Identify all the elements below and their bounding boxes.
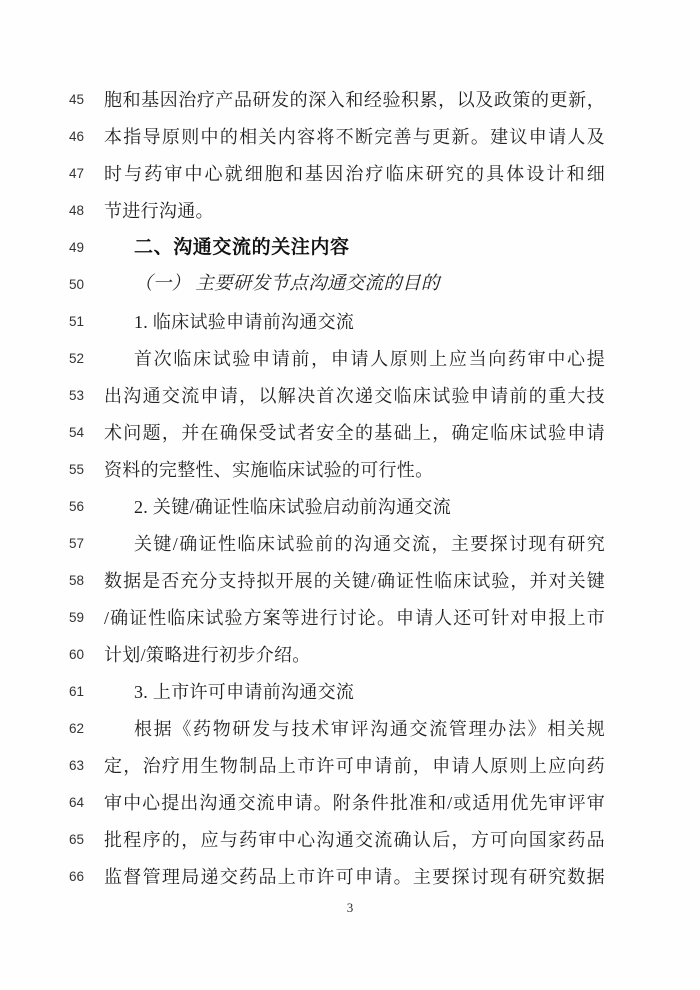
document-line: 59 /确证性临床试验方案等进行讨论。申请人还可针对申报上市 xyxy=(0,599,700,636)
document-line: 45 胞和基因治疗产品研发的深入和经验积累，以及政策的更新， xyxy=(0,81,700,118)
section-heading: 49 二、沟通交流的关注内容 xyxy=(0,229,700,266)
line-number: 51 xyxy=(69,314,95,329)
line-text: 计划/策略进行初步介绍。 xyxy=(104,646,605,664)
document-line: 53 出沟通交流申请，以解决首次递交临床试验申请前的重大技 xyxy=(0,377,700,414)
line-number: 58 xyxy=(69,573,95,588)
document-line: 60 计划/策略进行初步介绍。 xyxy=(0,636,700,673)
item-heading: 61 3. 上市许可申请前沟通交流 xyxy=(0,673,700,710)
line-number: 46 xyxy=(69,129,95,144)
document-line: 47 时与药审中心就细胞和基因治疗临床研究的具体设计和细 xyxy=(0,155,700,192)
line-text: 定，治疗用生物制品上市许可申请前，申请人原则上应向药 xyxy=(104,757,605,775)
line-text: 3. 上市许可申请前沟通交流 xyxy=(104,683,605,701)
document-line: 54 术问题，并在确保受试者安全的基础上，确定临床试验申请 xyxy=(0,414,700,451)
line-text: 数据是否充分支持拟开展的关键/确证性临床试验，并对关键 xyxy=(104,572,605,590)
line-number: 50 xyxy=(69,277,95,292)
line-text: 2. 关键/确证性临床试验启动前沟通交流 xyxy=(104,498,605,516)
line-text: 审中心提出沟通交流申请。附条件批准和/或适用优先审评审 xyxy=(104,794,605,812)
document-line: 66 监督管理局递交药品上市许可申请。主要探讨现有研究数据 xyxy=(0,858,700,895)
line-text: 节进行沟通。 xyxy=(104,202,605,220)
line-text: 根据《药物研发与技术审评沟通交流管理办法》相关规 xyxy=(104,720,605,738)
line-number: 49 xyxy=(69,240,95,255)
line-number: 47 xyxy=(69,166,95,181)
line-text: 出沟通交流申请，以解决首次递交临床试验申请前的重大技 xyxy=(104,387,605,405)
subsection-heading: 50 （一） 主要研发节点沟通交流的目的 xyxy=(0,266,700,303)
line-text: 监督管理局递交药品上市许可申请。主要探讨现有研究数据 xyxy=(104,868,605,886)
document-line: 63 定，治疗用生物制品上市许可申请前，申请人原则上应向药 xyxy=(0,747,700,784)
line-number: 52 xyxy=(69,351,95,366)
line-number: 54 xyxy=(69,425,95,440)
line-number: 45 xyxy=(69,92,95,107)
line-number: 65 xyxy=(69,832,95,847)
item-heading: 51 1. 临床试验申请前沟通交流 xyxy=(0,303,700,340)
line-number: 66 xyxy=(69,869,95,884)
document-line: 65 批程序的，应与药审中心沟通交流确认后，方可向国家药品 xyxy=(0,821,700,858)
line-text: 资料的完整性、实施临床试验的可行性。 xyxy=(104,461,605,479)
line-number: 60 xyxy=(69,647,95,662)
document-line: 64 审中心提出沟通交流申请。附条件批准和/或适用优先审评审 xyxy=(0,784,700,821)
document-line: 57 关键/确证性临床试验前的沟通交流，主要探讨现有研究 xyxy=(0,525,700,562)
document-line: 52 首次临床试验申请前，申请人原则上应当向药审中心提 xyxy=(0,340,700,377)
heading-text: （一） 主要研发节点沟通交流的目的 xyxy=(104,275,605,294)
line-number: 56 xyxy=(69,499,95,514)
document-line: 55 资料的完整性、实施临床试验的可行性。 xyxy=(0,451,700,488)
document-body: 45 胞和基因治疗产品研发的深入和经验积累，以及政策的更新， 46 本指导原则中… xyxy=(0,81,700,895)
item-heading: 56 2. 关键/确证性临床试验启动前沟通交流 xyxy=(0,488,700,525)
line-number: 55 xyxy=(69,462,95,477)
line-text: 1. 临床试验申请前沟通交流 xyxy=(104,313,605,331)
line-text: /确证性临床试验方案等进行讨论。申请人还可针对申报上市 xyxy=(104,609,605,627)
line-text: 时与药审中心就细胞和基因治疗临床研究的具体设计和细 xyxy=(104,165,605,183)
line-number: 48 xyxy=(69,203,95,218)
document-line: 58 数据是否充分支持拟开展的关键/确证性临床试验，并对关键 xyxy=(0,562,700,599)
line-number: 62 xyxy=(69,721,95,736)
line-text: 批程序的，应与药审中心沟通交流确认后，方可向国家药品 xyxy=(104,831,605,849)
document-line: 48 节进行沟通。 xyxy=(0,192,700,229)
document-line: 46 本指导原则中的相关内容将不断完善与更新。建议申请人及 xyxy=(0,118,700,155)
line-text: 胞和基因治疗产品研发的深入和经验积累，以及政策的更新， xyxy=(104,91,605,109)
document-page: 45 胞和基因治疗产品研发的深入和经验积累，以及政策的更新， 46 本指导原则中… xyxy=(0,0,700,990)
document-line: 62 根据《药物研发与技术审评沟通交流管理办法》相关规 xyxy=(0,710,700,747)
line-text: 首次临床试验申请前，申请人原则上应当向药审中心提 xyxy=(104,350,605,368)
heading-text: 二、沟通交流的关注内容 xyxy=(104,238,605,257)
line-text: 关键/确证性临床试验前的沟通交流，主要探讨现有研究 xyxy=(104,535,605,553)
page-number: 3 xyxy=(0,900,700,916)
line-number: 57 xyxy=(69,536,95,551)
line-text: 术问题，并在确保受试者安全的基础上，确定临床试验申请 xyxy=(104,424,605,442)
line-number: 64 xyxy=(69,795,95,810)
line-number: 53 xyxy=(69,388,95,403)
line-number: 63 xyxy=(69,758,95,773)
line-number: 61 xyxy=(69,684,95,699)
line-number: 59 xyxy=(69,610,95,625)
line-text: 本指导原则中的相关内容将不断完善与更新。建议申请人及 xyxy=(104,128,605,146)
